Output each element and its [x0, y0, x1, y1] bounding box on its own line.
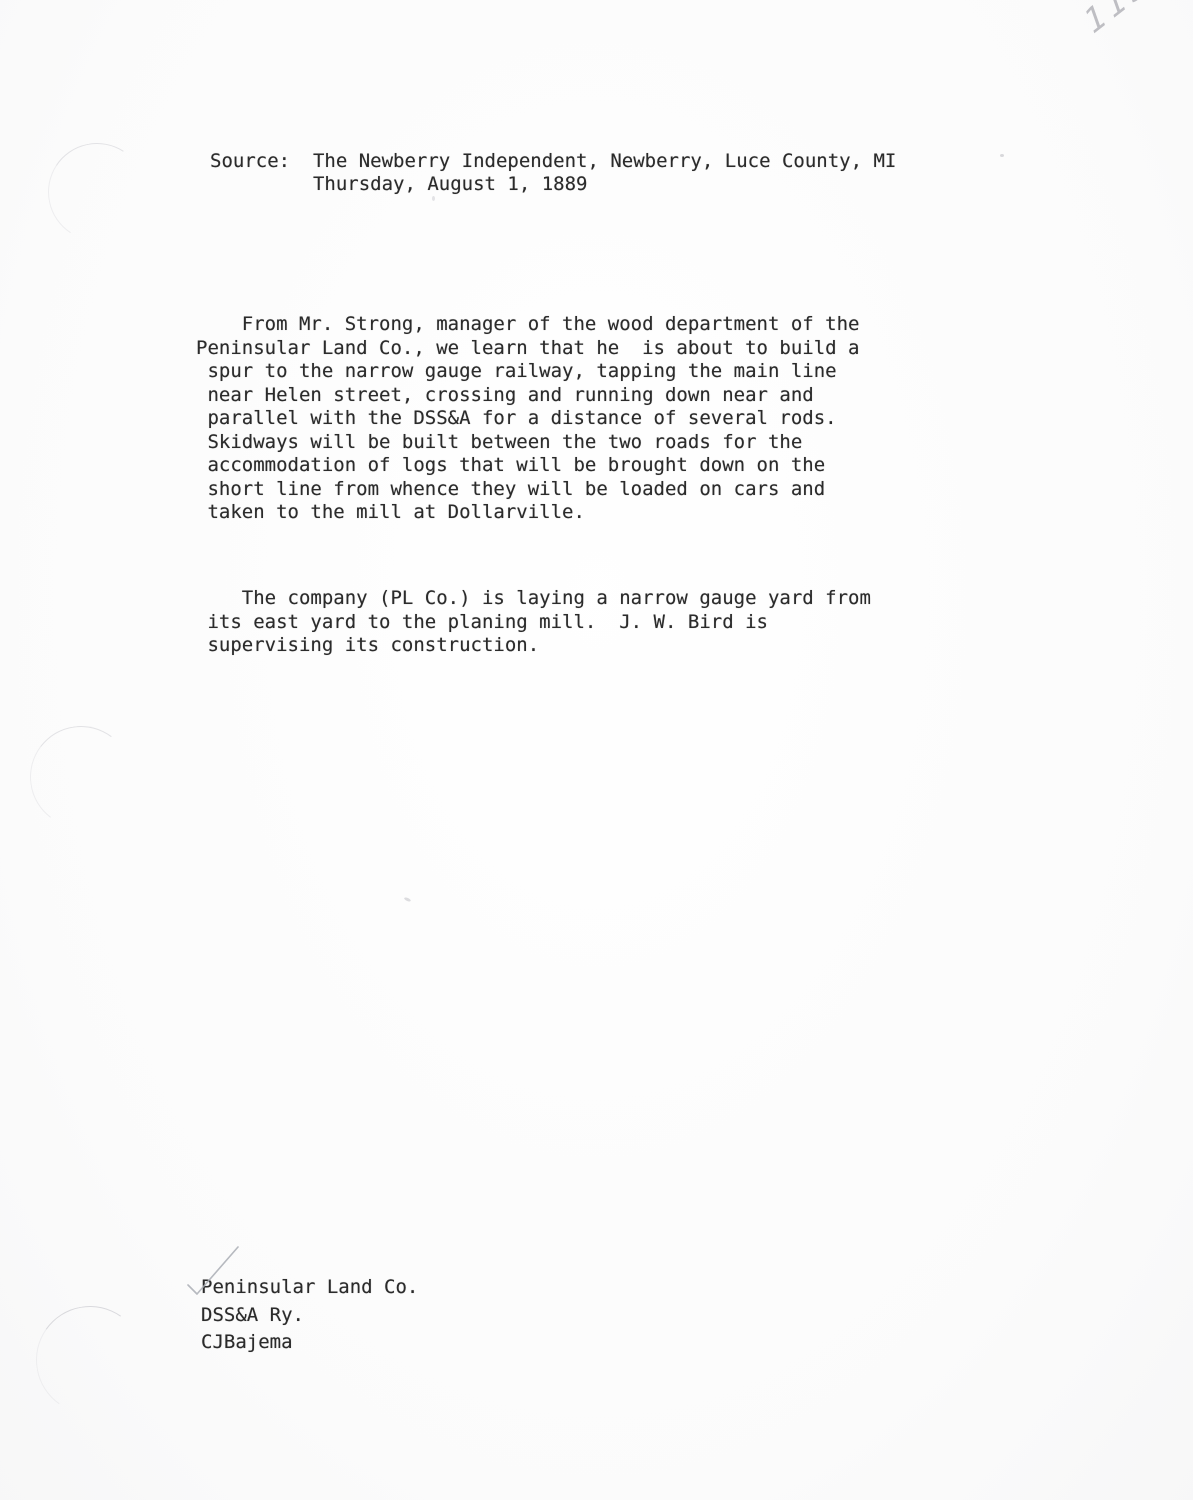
scan-speck: [432, 196, 435, 201]
handwritten-page-number: 113: [1078, 0, 1157, 41]
scanned-page: 113 Source: The Newberry Independent, Ne…: [0, 0, 1193, 1500]
scan-speck: [1000, 154, 1004, 157]
hole-punch-mark: [23, 719, 138, 834]
pencil-checkmark: [183, 1240, 253, 1302]
article-paragraph-1: From Mr. Strong, manager of the wood dep…: [196, 313, 859, 525]
hole-punch-mark: [39, 134, 155, 250]
scan-speck: [404, 897, 412, 903]
article-paragraph-2: The company (PL Co.) is laying a narrow …: [196, 587, 871, 658]
source-citation: Source: The Newberry Independent, Newber…: [210, 150, 896, 196]
hole-punch-mark: [27, 1297, 152, 1422]
